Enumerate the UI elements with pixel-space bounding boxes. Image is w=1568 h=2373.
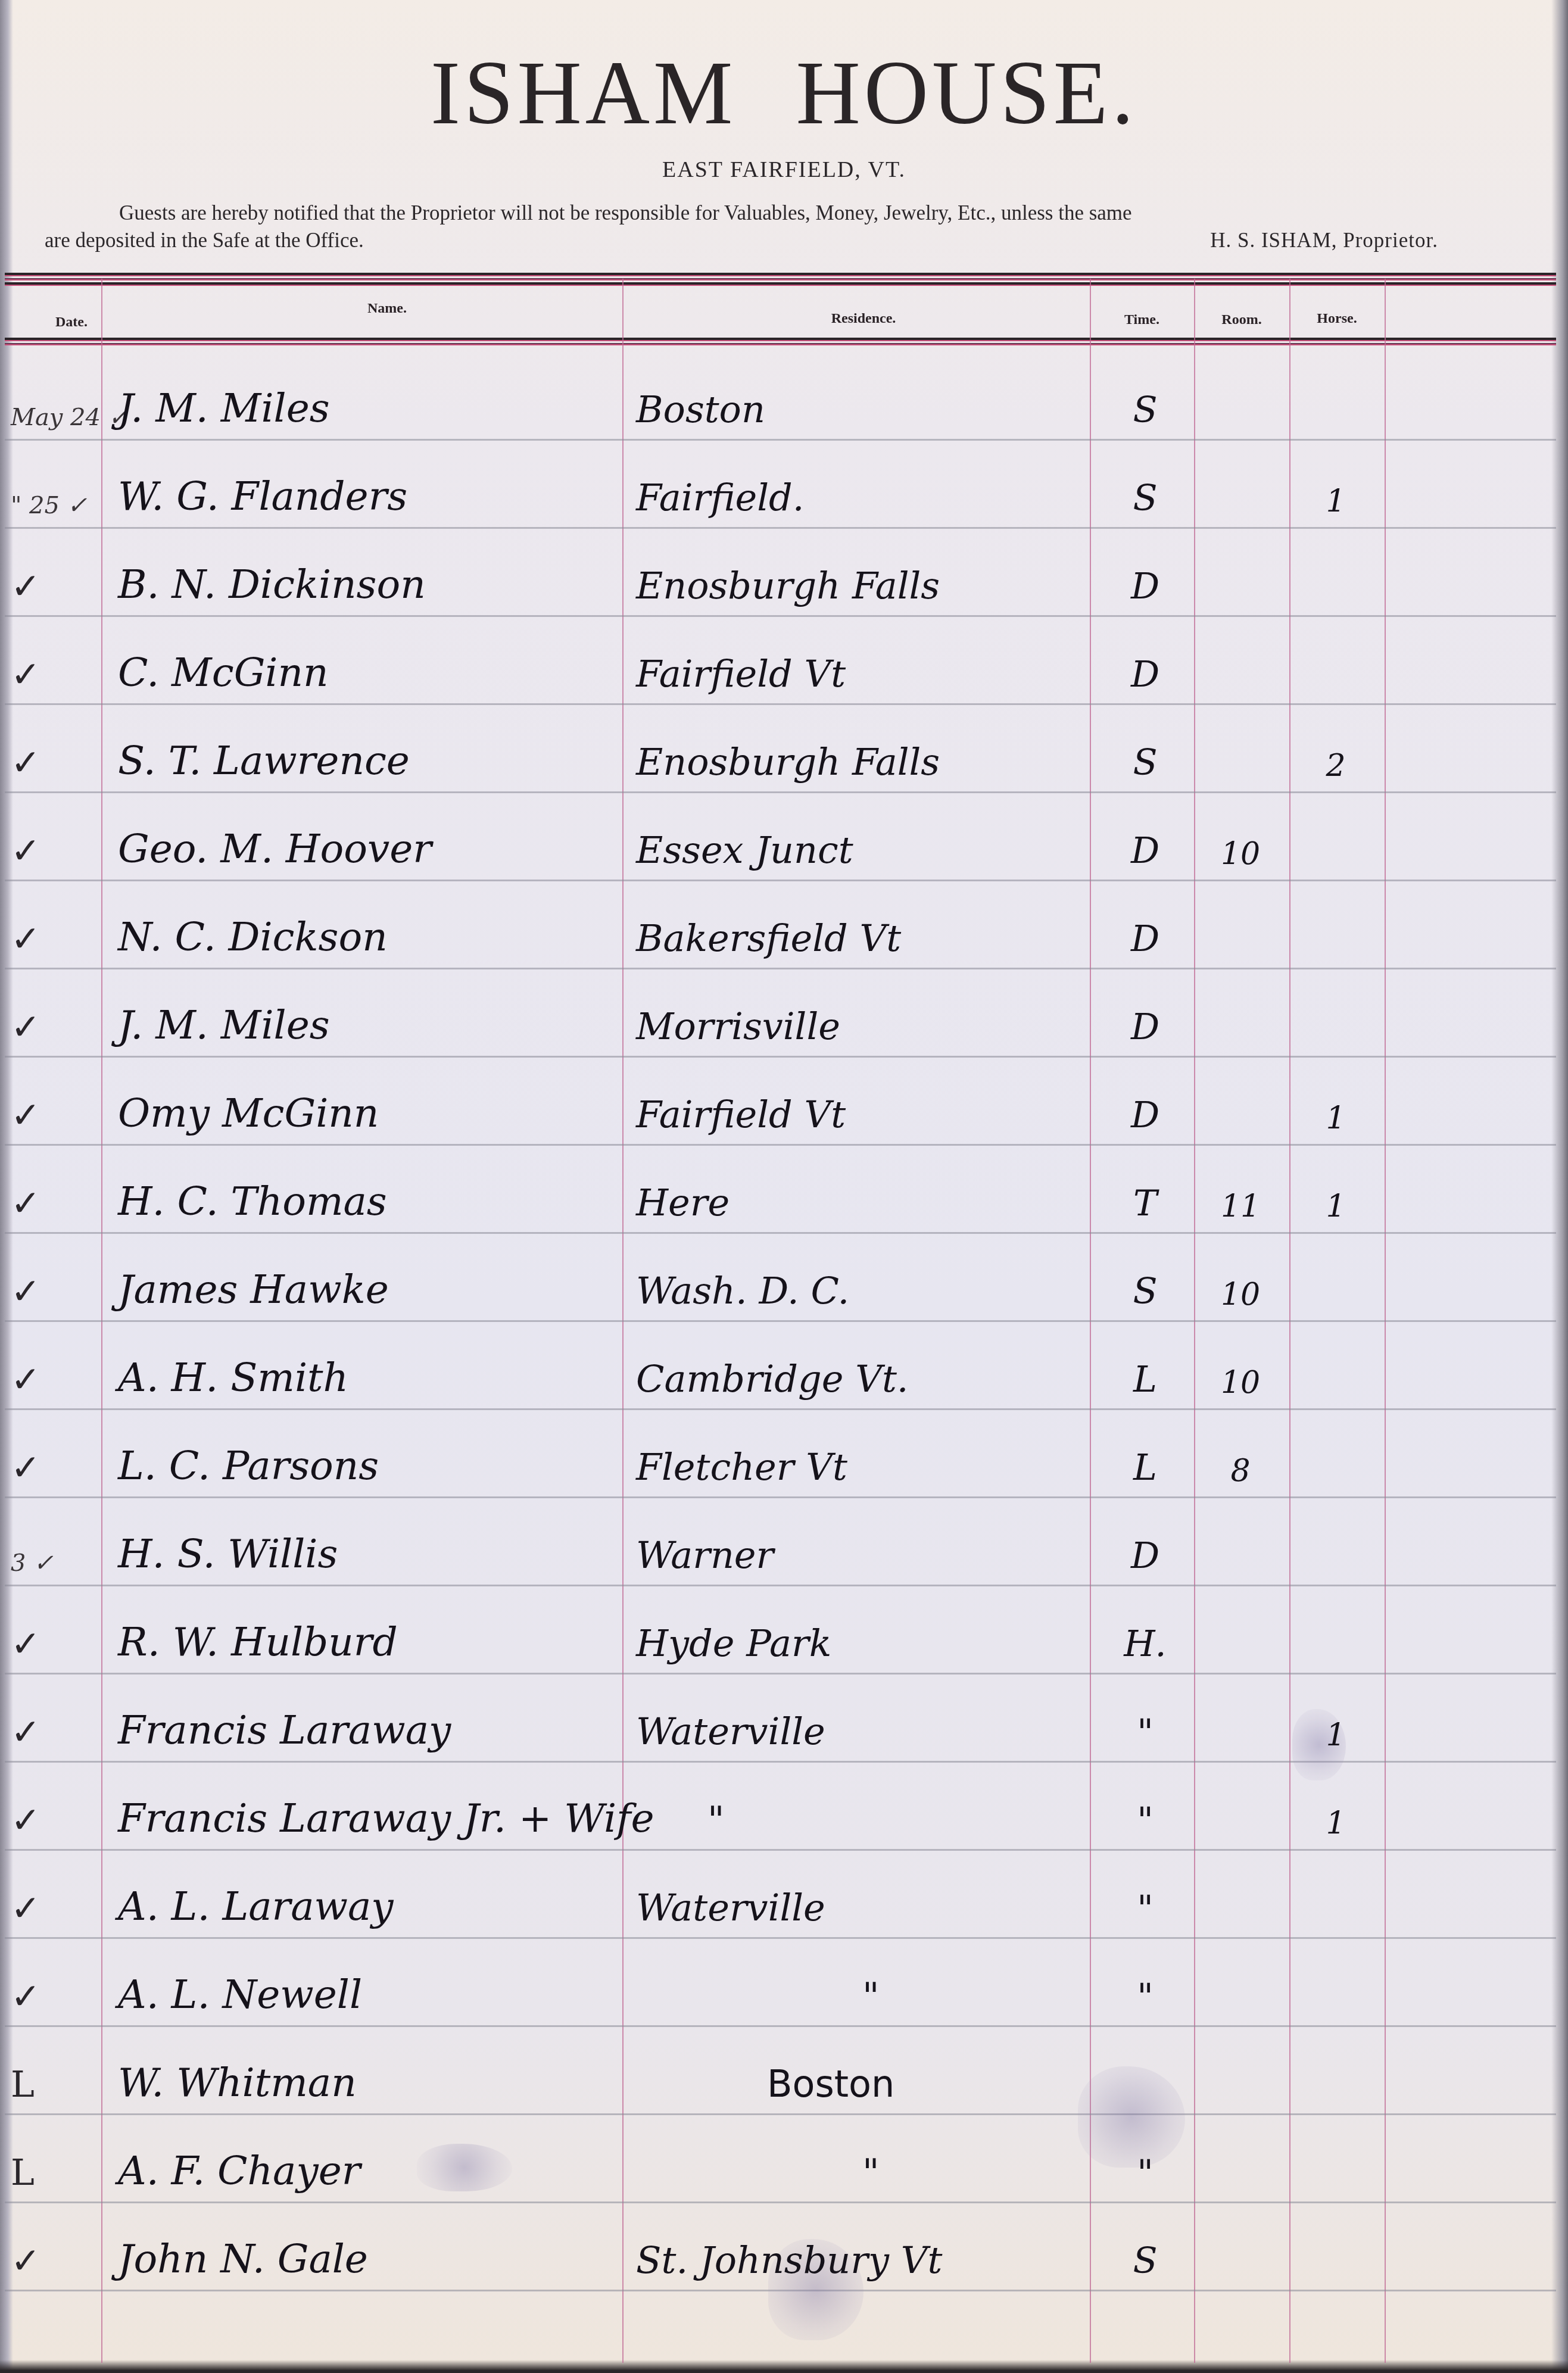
- title-isham: ISHAM: [431, 42, 736, 143]
- entry-date: 3 ✓: [11, 1549, 100, 1577]
- entry-name: A. F. Chayer: [118, 2148, 624, 2194]
- entry-date: ✓: [11, 1711, 100, 1753]
- entry-date: ✓: [11, 1447, 100, 1489]
- column-header-name: Name.: [298, 301, 476, 317]
- entry-date: ✓: [11, 830, 100, 872]
- entry-time: ": [1101, 2152, 1190, 2194]
- entry-date: ✓: [11, 1094, 100, 1136]
- entry-time: S: [1101, 1271, 1190, 1312]
- entry-name: Omy McGinn: [118, 1090, 624, 1136]
- entry-date: ✓: [11, 1976, 100, 2017]
- register-row: ✓ B. N. Dickinson Enosburgh Falls D: [5, 528, 1556, 616]
- register-row: ✓ James Hawke Wash. D. C. S 10: [5, 1233, 1556, 1321]
- register-row: " 25 ✓ W. G. Flanders Fairfield. S 1: [5, 439, 1556, 528]
- register-row: L A. F. Chayer " ": [5, 2114, 1556, 2202]
- entry-name: Francis Laraway Jr. + Wife: [118, 1795, 624, 1841]
- entry-time: L: [1101, 1447, 1190, 1489]
- entry-residence: ": [862, 1974, 1321, 2017]
- entry-residence: ": [862, 2150, 1321, 2194]
- entry-name: B. N. Dickinson: [118, 562, 624, 607]
- header-top-rule: [5, 273, 1556, 288]
- register-row: ✓ John N. Gale St. Johnsbury Vt S: [5, 2202, 1556, 2290]
- entry-horse: 1: [1291, 484, 1380, 519]
- register-row: ✓ L. C. Parsons Fletcher Vt L 8: [5, 1409, 1556, 1497]
- entry-name: N. C. Dickson: [118, 914, 624, 960]
- entry-date: L: [11, 2064, 100, 2106]
- entry-date: ✓: [11, 742, 100, 784]
- entry-date: ✓: [11, 1271, 100, 1312]
- register-row: 3 ✓ H. S. Willis Warner D: [5, 1497, 1556, 1585]
- register-row: ✓ A. L. Laraway Waterville ": [5, 1850, 1556, 1938]
- register-row: ✓ Francis Laraway Waterville " 1: [5, 1673, 1556, 1761]
- entry-date: ✓: [11, 1183, 100, 1224]
- entry-residence: Warner: [636, 1533, 1095, 1577]
- entry-time: T: [1101, 1183, 1190, 1224]
- entry-name: S. T. Lawrence: [118, 738, 624, 784]
- entry-date: " 25 ✓: [11, 492, 100, 519]
- register-row: ✓ A. L. Newell " ": [5, 1938, 1556, 2026]
- entry-name: C. McGinn: [118, 650, 624, 696]
- entry-residence: Hyde Park: [636, 1622, 1095, 1665]
- column-header-residence: Residence.: [744, 311, 983, 327]
- entry-room: 10: [1196, 1365, 1285, 1401]
- guest-notice: Guests are hereby notified that the Prop…: [45, 199, 1492, 254]
- entry-residence: ": [707, 1798, 1166, 1841]
- entry-residence: Wash. D. C.: [636, 1269, 1095, 1312]
- column-header-horse: Horse.: [1289, 311, 1385, 327]
- entry-residence: Fairfield Vt: [636, 652, 1095, 696]
- entry-horse: 1: [1291, 1806, 1380, 1841]
- entry-name: A. L. Newell: [118, 1972, 624, 2017]
- entry-time: ": [1101, 1976, 1190, 2017]
- register-row: ✓ R. W. Hulburd Hyde Park H.: [5, 1585, 1556, 1673]
- entry-name: Francis Laraway: [118, 1707, 624, 1753]
- entry-time: D: [1101, 830, 1190, 872]
- register-row: ✓ C. McGinn Fairfield Vt D: [5, 616, 1556, 704]
- entry-date: ✓: [11, 1006, 100, 1048]
- entry-time: ": [1101, 1800, 1190, 1841]
- entry-time: D: [1101, 566, 1190, 607]
- entry-name: R. W. Hulburd: [118, 1619, 624, 1665]
- entry-time: D: [1101, 1006, 1190, 1048]
- entry-name: James Hawke: [118, 1267, 624, 1312]
- entry-name: H. C. Thomas: [118, 1178, 624, 1224]
- entry-date: ✓: [11, 1623, 100, 1665]
- register-row: May 24 ✓ J. M. Miles Boston S: [5, 351, 1556, 439]
- entry-residence: Morrisville: [636, 1005, 1095, 1048]
- entry-name: A. H. Smith: [118, 1355, 624, 1401]
- register-page: ISHAMHOUSE. EAST FAIRFIELD, VT. Guests a…: [0, 0, 1568, 2373]
- register-row: ✓ H. C. Thomas Here T 11 1: [5, 1145, 1556, 1233]
- entry-date: ✓: [11, 566, 100, 607]
- entry-residence: Boston: [767, 2062, 1226, 2106]
- proprietor-signature: H. S. ISHAM, Proprietor.: [1210, 227, 1492, 254]
- entry-name: L. C. Parsons: [118, 1443, 624, 1489]
- entry-time: S: [1101, 389, 1190, 431]
- title-house: HOUSE.: [796, 42, 1137, 143]
- entry-room: 10: [1196, 1277, 1285, 1312]
- entry-name: W. G. Flanders: [118, 473, 624, 519]
- entry-room: 11: [1196, 1189, 1285, 1224]
- entry-time: D: [1101, 918, 1190, 960]
- entry-residence: Cambridge Vt.: [636, 1357, 1095, 1401]
- entry-date: ✓: [11, 1888, 100, 1929]
- entry-name: W. Whitman: [118, 2060, 624, 2106]
- entry-time: H.: [1101, 1623, 1190, 1665]
- entry-time: S: [1101, 2240, 1190, 2282]
- entry-date: ✓: [11, 1800, 100, 1841]
- entry-residence: Waterville: [636, 1886, 1095, 1929]
- register-row: ✓ S. T. Lawrence Enosburgh Falls S 2: [5, 704, 1556, 792]
- register-row: ✓ Francis Laraway Jr. + Wife " " 1: [5, 1761, 1556, 1850]
- page-title: ISHAMHOUSE.: [0, 40, 1568, 145]
- entry-residence: St. Johnsbury Vt: [636, 2238, 1095, 2282]
- entry-name: Geo. M. Hoover: [118, 826, 624, 872]
- entry-residence: Enosburgh Falls: [636, 740, 1095, 784]
- register-row: L W. Whitman Boston: [5, 2026, 1556, 2114]
- entry-name: A. L. Laraway: [118, 1884, 624, 1929]
- entry-date: ✓: [11, 654, 100, 696]
- notice-line-1: Guests are hereby notified that the Prop…: [45, 199, 1492, 227]
- entry-horse: 1: [1291, 1100, 1380, 1136]
- entry-residence: Fairfield.: [636, 476, 1095, 519]
- entry-date: ✓: [11, 2240, 100, 2282]
- column-header-date: Date.: [36, 314, 107, 330]
- entry-date: ✓: [11, 918, 100, 960]
- register-row: ✓ A. H. Smith Cambridge Vt. L 10: [5, 1321, 1556, 1409]
- location-line: EAST FAIRFIELD, VT.: [0, 157, 1568, 183]
- entry-date: L: [11, 2152, 100, 2194]
- page-bottom-edge: [0, 2360, 1568, 2373]
- register-row: ✓ Omy McGinn Fairfield Vt D 1: [5, 1056, 1556, 1145]
- entry-time: S: [1101, 478, 1190, 519]
- entry-residence: Here: [636, 1181, 1095, 1224]
- entry-time: D: [1101, 1535, 1190, 1577]
- entry-residence: Essex Junct: [636, 828, 1095, 872]
- entry-residence: Waterville: [636, 1710, 1095, 1753]
- entry-residence: Fletcher Vt: [636, 1445, 1095, 1489]
- entry-residence: Fairfield Vt: [636, 1093, 1095, 1136]
- entry-horse: 2: [1291, 748, 1380, 784]
- entry-time: ": [1101, 1711, 1190, 1753]
- entry-time: L: [1101, 1359, 1190, 1401]
- entry-time: D: [1101, 1094, 1190, 1136]
- entry-date: ✓: [11, 1359, 100, 1401]
- entry-residence: Bakersfield Vt: [636, 916, 1095, 960]
- header-bottom-rule: [5, 338, 1556, 347]
- entry-name: John N. Gale: [118, 2236, 624, 2282]
- entry-horse: 1: [1291, 1717, 1380, 1753]
- entry-time: D: [1101, 654, 1190, 696]
- entry-residence: Boston: [636, 388, 1095, 431]
- notice-line-2: are deposited in the Safe at the Office.: [45, 227, 364, 254]
- entry-date: May 24 ✓: [11, 404, 100, 431]
- entry-residence: Enosburgh Falls: [636, 564, 1095, 607]
- entry-name: J. M. Miles: [118, 1002, 624, 1048]
- register-row: ✓ Geo. M. Hoover Essex Junct D 10: [5, 792, 1556, 880]
- column-header-time: Time.: [1096, 312, 1188, 328]
- register-row: ✓ J. M. Miles Morrisville D: [5, 968, 1556, 1056]
- entry-time: ": [1101, 1888, 1190, 1929]
- entry-room: 8: [1196, 1453, 1285, 1489]
- column-header-room: Room.: [1194, 312, 1289, 328]
- entry-room: 10: [1196, 836, 1285, 872]
- entry-name: H. S. Willis: [118, 1531, 624, 1577]
- entry-time: S: [1101, 742, 1190, 784]
- entry-horse: 1: [1291, 1189, 1380, 1224]
- entry-name: J. M. Miles: [118, 385, 624, 431]
- register-row: ✓ N. C. Dickson Bakersfield Vt D: [5, 880, 1556, 968]
